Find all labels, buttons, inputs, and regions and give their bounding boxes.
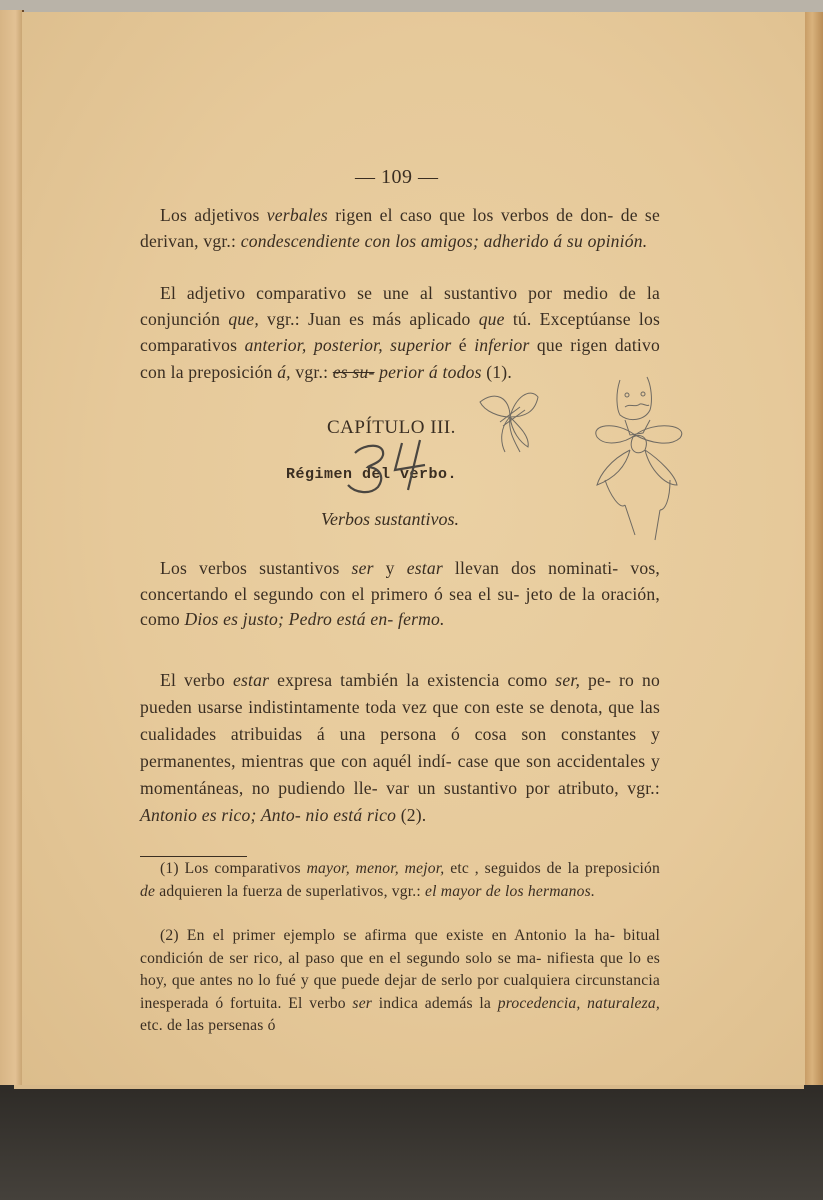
right-page-edge [805,12,823,1087]
scan-background-top [0,0,823,12]
subsection-title: Verbos sustantivos. [321,509,459,530]
left-page-edge [0,10,24,1085]
book-binding-bottom [0,1085,823,1200]
paragraph-4: El verbo estar expresa también la existe… [140,667,660,829]
footnote-1: (1) Los comparativos mayor, menor, mejor… [140,858,660,903]
struck-text: es su- [333,362,375,382]
page-number: — 109 — [355,166,439,189]
paragraph-1: Los adjetivos verbales rigen el caso que… [140,202,660,254]
chapter-title: CAPÍTULO III. [327,417,456,439]
footnote-divider [140,856,247,857]
paragraph-2: El adjetivo comparativo se une al sustan… [140,280,660,385]
page-bottom-edge [14,1085,804,1089]
section-title: Régimen del verbo. [286,466,457,483]
paragraph-3: Los verbos sustantivos ser y estar lleva… [140,556,660,633]
footnote-2: (2) En el primer ejemplo se afirma que e… [140,925,660,1038]
